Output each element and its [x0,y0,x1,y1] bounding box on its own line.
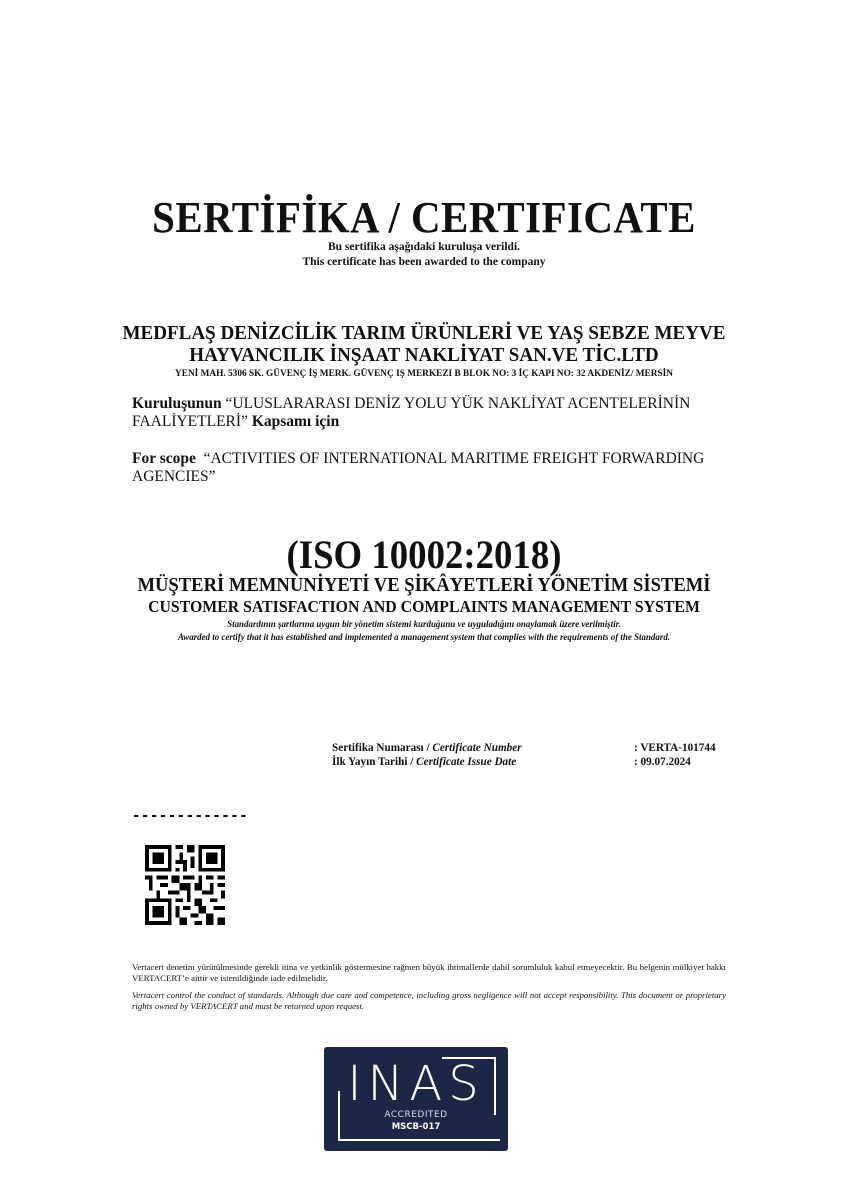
accreditation-code: MSCB-017 [324,1122,508,1132]
disclaimer-en: Vertacert control the conduct of standar… [132,990,726,1012]
disclaimer-tr: Vertacert denetim yürütülmesinde gerekli… [132,962,726,984]
standard-name-en: CUSTOMER SATISFACTION AND COMPLAINTS MAN… [30,597,819,617]
certificate-number-label: Sertifika Numarası / Certificate Number [332,741,634,755]
certificate-title: SERTİFİKA / CERTIFICATE [30,192,819,243]
certificate-number-value: : VERTA-101744 [634,741,716,755]
qr-code-icon[interactable] [145,845,225,925]
scope-en: For scope “ACTIVITIES OF INTERNATIONAL M… [132,450,732,486]
issue-date-label: İlk Yayın Tarihi / Certificate Issue Dat… [332,755,634,769]
company-name-line2: HAYVANCILIK İNŞAAT NAKLİYAT SAN.VE TİC.L… [30,344,819,367]
certificate-number-row: Sertifika Numarası / Certificate Number … [332,741,716,755]
standard-code: (ISO 10002:2018) [34,531,814,578]
awarded-subtitle-en: This certificate has been awarded to the… [0,256,848,268]
standard-note-en: Awarded to certify that it has establish… [30,632,819,643]
inas-logo-text: INAS [324,1059,508,1109]
scope-en-text: “ACTIVITIES OF INTERNATIONAL MARITIME FR… [132,450,704,485]
scope-en-prefix: For scope [132,450,196,467]
awarded-subtitle-tr: Bu sertifika aşağıdaki kuruluşa verildi. [0,241,848,253]
standard-note-tr: Standardının şartlarına uygun bir yöneti… [30,619,819,630]
scope-tr-prefix: Kuruluşunun [132,395,222,412]
issue-date-row: İlk Yayın Tarihi / Certificate Issue Dat… [332,755,716,769]
scope-tr: Kuruluşunun “ULUSLARARASI DENİZ YOLU YÜK… [132,395,732,431]
company-name-line1: MEDFLAŞ DENİZCİLİK TARIM ÜRÜNLERİ VE YAŞ… [30,322,819,345]
company-address: YENİ MAH. 5306 SK. GÜVENÇ İŞ MERK. GÜVEN… [21,368,827,379]
accredited-label: ACCREDITED [324,1110,508,1120]
scope-tr-suffix: Kapsamı için [252,413,339,430]
issue-date-value: : 09.07.2024 [634,755,691,769]
standard-name-tr: MÜŞTERİ MEMNUNİYETİ VE ŞİKÂYETLERİ YÖNET… [30,574,819,597]
inas-accreditation-logo: INAS ACCREDITED MSCB-017 [324,1047,508,1151]
certificate-details: Sertifika Numarası / Certificate Number … [332,741,716,769]
signature-line: ------------- [132,808,248,824]
